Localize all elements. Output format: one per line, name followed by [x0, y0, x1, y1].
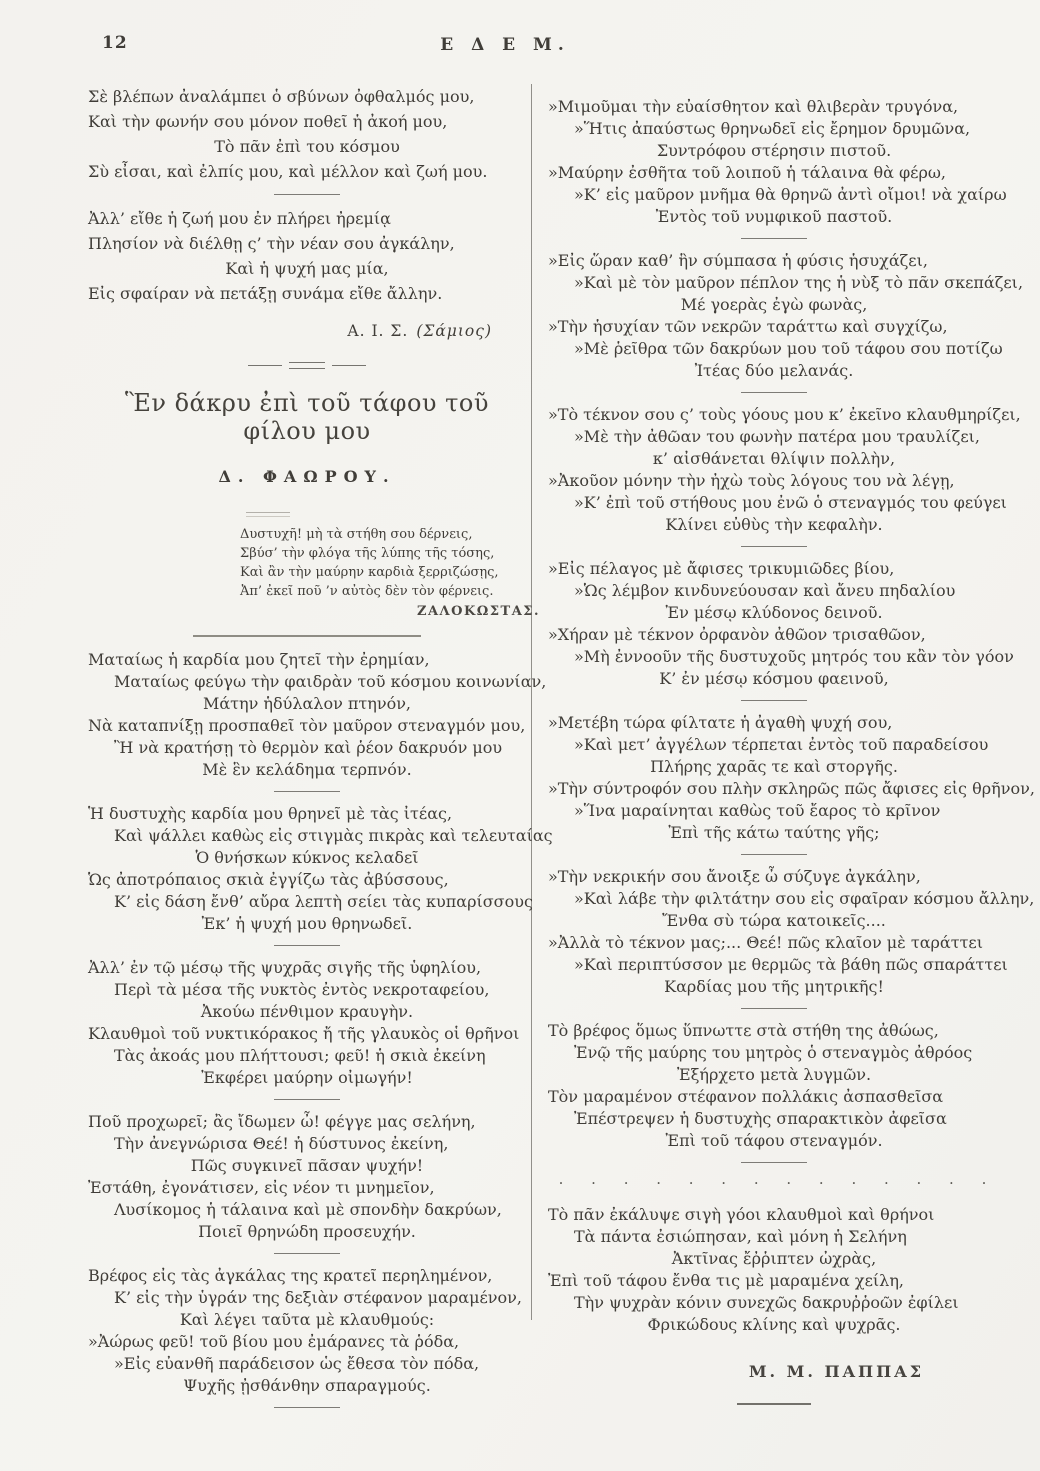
stanza: Τὸ πᾶν ἐκάλυψε σιγὴ γόοι κλαυθμοὶ καὶ θρ…	[548, 1204, 1000, 1336]
epigraph-bottom-rule	[193, 635, 421, 637]
poem-line: Ἐπὶ τοῦ τάφου ἔνθα τις μὲ μαραμένα χείλη…	[548, 1270, 1000, 1292]
poem-line: Σὲ βλέπων ἀναλάμπει ὁ σβύνων ὀφθαλμός μο…	[88, 84, 526, 109]
epigraph-signature: ΖΑΛΟΚΩΣΤΑΣ.	[240, 604, 540, 619]
poem-line: »Μὴ ἐννοοῦν τῆς δυστυχοῦς μητρός του κἂν…	[574, 646, 1000, 668]
poem-line: Ματαίως φεύγω τὴν φαιδρὰν τοῦ κόσμου κοι…	[114, 671, 526, 693]
poem-line: Καὶ ἂν τὴν μαύρην καρδιὰ ξερριζώσῃς,	[240, 563, 540, 582]
stanza-divider	[274, 1099, 340, 1100]
dotted-separator: · · · · · · · · · · · · · ·	[548, 1174, 1000, 1192]
stanza: »Τὸ τέκνον σου ς’ τοὺς γόους μου κ’ ἐκεῖ…	[548, 404, 1000, 536]
poem-line: »Μὲ ῥεῖθρα τῶν δακρύων μου τοῦ τάφου σου…	[574, 338, 1000, 360]
stanza-divider	[274, 1253, 340, 1254]
poem-line: Λυσίκομος ἡ τάλαινα καὶ μὲ σπονδὴν δακρύ…	[114, 1199, 526, 1221]
poem-body-right: »Μιμοῦμαι τὴν εὐαίσθητον καὶ θλιβερὰν τρ…	[548, 96, 1000, 1163]
poem-line: Ἐντὸς τοῦ νυμφικοῦ παστοῦ.	[548, 206, 1000, 228]
poem-line: »Τὴν σύντροφόν σου πλὴν σκληρῶς πῶς ἄφισ…	[548, 778, 1000, 800]
poem-line: κ’ αἰσθάνεται θλίψιν πολλὴν,	[548, 448, 1000, 470]
poem-line: Κλαυθμοὶ τοῦ νυκτικόρακος ἤ τῆς γλαυκὸς …	[88, 1023, 526, 1045]
poem-line: Καὶ ψάλλει καθὼς εἰς στιγμὰς πικρὰς καὶ …	[114, 825, 526, 847]
poem-line: Ἐπέστρεψεν ἡ δυστυχὴς σπαρακτικὸν ἀφεῖσα	[574, 1108, 1000, 1130]
epigraph: Δυστυχῆ! μὴ τὰ στήθη σου δέρνεις,Σβύσ’ τ…	[240, 525, 540, 619]
ornament-dash-left	[248, 365, 282, 366]
poem-line: Κλίνει εὐθὺς τὴν κεφαλὴν.	[548, 514, 1000, 536]
poem-line: Τὰ πάντα ἐσιώπησαν, καὶ μόνη ἡ Σελήνη	[574, 1226, 1000, 1248]
stanza-divider	[274, 945, 340, 946]
poem-line: Ὁ θνήσκων κύκνος κελαδεῖ	[88, 847, 526, 869]
poem-line: »Ἀώρως φεῦ! τοῦ βίου μου ἐμάρανες τὰ ῥόδ…	[88, 1331, 526, 1353]
poem-line: Τὸ πᾶν ἐκάλυψε σιγὴ γόοι κλαυθμοὶ καὶ θρ…	[548, 1204, 1000, 1226]
poem-line: Ἐπὶ τοῦ τάφου στεναγμόν.	[548, 1130, 1000, 1152]
poem-line: Κ’ εἰς δάση ἔνθ’ αὔρα λεπτὴ σείει τὰς κυ…	[114, 891, 526, 913]
stanza: Ἡ δυστυχὴς καρδία μου θρηνεῖ μὲ τὰς ἰτέα…	[88, 803, 526, 935]
stanza: Ματαίως ἡ καρδία μου ζητεῖ τὴν ἐρημίαν,Μ…	[88, 649, 526, 781]
poem-line: Καὶ τὴν φωνήν σου μόνον ποθεῖ ἡ ἀκοή μου…	[88, 109, 526, 134]
poem-line: Μάτην ἡδύλαλον πτηνόν,	[88, 693, 526, 715]
opening-poem: Σὲ βλέπων ἀναλάμπει ὁ σβύνων ὀφθαλμός μο…	[88, 84, 526, 306]
poem-author-signature: Μ. Μ. ΠΑΠΠΑΣ	[548, 1362, 924, 1381]
poem-line: Βρέφος εἰς τὰς ἀγκάλας της κρατεῖ περηλη…	[88, 1265, 526, 1287]
poem-dedication: Δ. ΦΑΩΡΟΥ.	[88, 467, 526, 486]
poem-line: Ἐνῷ τῆς μαύρης του μητρὸς ὁ στεναγμὸς ἀθ…	[574, 1042, 1000, 1064]
stanza-divider	[274, 791, 340, 792]
opening-poem-signature: Α. Ι. Σ.(Σάμιος)	[88, 322, 492, 340]
stanza-divider	[274, 194, 340, 195]
poem-line: Τὴν ψυχρὰν κόνιν συνεχῶς δακρυῤῥοῶν ἐφίλ…	[574, 1292, 1000, 1314]
poem-line: »Χήραν μὲ τέκνον ὀρφανὸν ἀθῶον τρισαθῶον…	[548, 624, 1000, 646]
poem-line: »Τὸ τέκνον σου ς’ τοὺς γόους μου κ’ ἐκεῖ…	[548, 404, 1000, 426]
poem-line: Πλήρης χαρᾶς τε καὶ στοργῆς.	[548, 756, 1000, 778]
poem-line: Τὰς ἀκοάς μου πλήττουσι; φεῦ! ἡ σκιὰ ἐκε…	[114, 1045, 526, 1067]
poem-line: Καρδίας μου τῆς μητρικῆς!	[548, 976, 1000, 998]
stanza: Ἀλλ’ εἴθε ἡ ζωή μου ἐν πλήρει ἠρεμίᾳΠλησ…	[88, 206, 526, 306]
poem-line: Τὸ βρέφος ὅμως ὕπνωττε στὰ στήθη της ἀθώ…	[548, 1020, 1000, 1042]
ornament-dash-right	[332, 365, 366, 366]
stanza-divider	[741, 238, 807, 239]
poem-line: Ἐκφέρει μαύρην οἰμωγήν!	[88, 1067, 526, 1089]
poem-line: »Ἀκοῦον μόνην τὴν ἠχὼ τοὺς λόγους του νὰ…	[548, 470, 1000, 492]
poem-line: Ἔνθα σὺ τώρα κατοικεῖς....	[548, 910, 1000, 932]
poem-line: Ἡ δυστυχὴς καρδία μου θρηνεῖ μὲ τὰς ἰτέα…	[88, 803, 526, 825]
stanza: »Τὴν νεκρικήν σου ἄνοιξε ὦ σύζυγε ἀγκάλη…	[548, 866, 1000, 998]
poem-line: Κ’ ἐν μέσῳ κόσμου φαεινοῦ,	[548, 668, 1000, 690]
epigraph-lines: Δυστυχῆ! μὴ τὰ στήθη σου δέρνεις,Σβύσ’ τ…	[240, 525, 540, 601]
poem-line: »Καὶ περιπτύσσον με θερμῶς τὰ βάθη πῶς σ…	[574, 954, 1000, 976]
poem-line: Ματαίως ἡ καρδία μου ζητεῖ τὴν ἐρημίαν,	[88, 649, 526, 671]
poem-line: »Ἀλλὰ τὸ τέκνον μας;... Θεέ! πῶς κλαῖον …	[548, 932, 1000, 954]
poem-line: Ποιεῖ θρηνώδη προσευχήν.	[88, 1221, 526, 1243]
poem-line: Εἰς σφαίραν νὰ πετάξῃ συνάμα εἴθε ἄλλην.	[88, 281, 526, 306]
left-column: Σὲ βλέπων ἀναλάμπει ὁ σβύνων ὀφθαλμός μο…	[88, 84, 526, 1419]
poem-line: Ἐπὶ τῆς κάτω ταύτης γῆς;	[548, 822, 1000, 844]
poem-line: »Τὴν ἡσυχίαν τῶν νεκρῶν ταράττω καὶ συγχ…	[548, 316, 1000, 338]
poem-line: »Εἰς ὥραν καθ’ ἣν σύμπασα ἡ φύσις ἡσυχάζ…	[548, 250, 1000, 272]
poem-line: Ἀκούω πένθιμον κραυγὴν.	[88, 1001, 526, 1023]
scanned-journal-page: 12 Ε Δ Ε Μ. Σὲ βλέπων ἀναλάμπει ὁ σβύνων…	[0, 0, 1040, 1471]
stanza: »Εἰς πέλαγος μὲ ἄφισες τρικυμιῶδες βίου,…	[548, 558, 1000, 690]
poem-line: Ἢ νὰ κρατήσῃ τὸ θερμὸν καὶ ῥέον δακρυόν …	[114, 737, 526, 759]
poem-line: »Μὲ τὴν ἀθῶαν του φωνὴν πατέρα μου τραυλ…	[574, 426, 1000, 448]
stanza: Τὸ βρέφος ὅμως ὕπνωττε στὰ στήθη της ἀθώ…	[548, 1020, 1000, 1152]
poem-line: Ὡς ἀποτρόπαιος σκιὰ ἐγγίζω τὰς ἀβύσσους,	[88, 869, 526, 891]
poem-line: »Εἰς πέλαγος μὲ ἄφισες τρικυμιῶδες βίου,	[548, 558, 1000, 580]
stanza: Βρέφος εἰς τὰς ἀγκάλας της κρατεῖ περηλη…	[88, 1265, 526, 1397]
poem-line: »Ἵνα μαραίνηται καθὼς τοῦ ἔαρος τὸ κρῖνο…	[574, 800, 1000, 822]
stanza-divider	[741, 1008, 807, 1009]
poem-line: Κ’ εἰς τὴν ὑγράν της δεξιὰν στέφανον μαρ…	[114, 1287, 526, 1309]
poem-line: »Κ’ εἰς μαῦρον μνῆμα θὰ θρηνῶ ἀντὶ οἴμοι…	[574, 184, 1000, 206]
poem-title: Ἓν δάκρυ ἐπὶ τοῦ τάφου τοῦ φίλου μου	[88, 389, 526, 445]
poem-line: Καὶ λέγει ταῦτα μὲ κλαυθμούς:	[88, 1309, 526, 1331]
stanza: Δυστυχῆ! μὴ τὰ στήθη σου δέρνεις,Σβύσ’ τ…	[240, 525, 540, 601]
poem-line: Νὰ καταπνίξῃ προσπαθεῖ τὸν μαῦρον στεναγ…	[88, 715, 526, 737]
poem-line: Τὸν μαραμένον στέφανον πολλάκις ἀσπασθεῖ…	[548, 1086, 1000, 1108]
poem-line: Πῶς συγκινεῖ πᾶσαν ψυχήν!	[88, 1155, 526, 1177]
poem-line: Φρικώδους κλίνης καὶ ψυχρᾶς.	[548, 1314, 1000, 1336]
stanza: Ποῦ προχωρεῖ; ἂς ἴδωμεν ὦ! φέγγε μας σελ…	[88, 1111, 526, 1243]
poem-line: Ἰτέας δύο μελανάς.	[548, 360, 1000, 382]
poem-line: Συντρόφου στέρησιν πιστοῦ.	[548, 140, 1000, 162]
poem-line: »Ὡς λέμβον κινδυνεύουσαν καὶ ἄνευ πηδαλί…	[574, 580, 1000, 602]
poem-line: »Μετέβη τώρα φίλτατε ἡ ἀγαθὴ ψυχή σου,	[548, 712, 1000, 734]
poem-line: »Τὴν νεκρικήν σου ἄνοιξε ὦ σύζυγε ἀγκάλη…	[548, 866, 1000, 888]
poem-line: »Μιμοῦμαι τὴν εὐαίσθητον καὶ θλιβερὰν τρ…	[548, 96, 1000, 118]
poem-final-stanza: Τὸ πᾶν ἐκάλυψε σιγὴ γόοι κλαυθμοὶ καὶ θρ…	[548, 1204, 1000, 1336]
poem-line: Τὸ πᾶν ἐπὶ του κόσμου	[88, 134, 526, 159]
ornament-double-bar	[289, 362, 325, 369]
poem-line: »Μαύρην ἐσθῆτα τοῦ λοιποῦ ἡ τάλαινα θὰ φ…	[548, 162, 1000, 184]
poem-line: Καὶ ἡ ψυχή μας μία,	[88, 256, 526, 281]
stanza-divider	[741, 392, 807, 393]
poem-line: »Εἰς εὐανθῆ παράδεισον ὡς ἔθεσα τὸν πόδα…	[114, 1353, 526, 1375]
poem-line: Μέ γοερὰς ἐγὼ φωνὰς,	[548, 294, 1000, 316]
journal-masthead: Ε Δ Ε Μ.	[0, 35, 1010, 55]
poem-line: Ἐν μέσῳ κλύδονος δεινοῦ.	[548, 602, 1000, 624]
right-column: »Μιμοῦμαι τὴν εὐαίσθητον καὶ θλιβερὰν τρ…	[548, 84, 1000, 1405]
poem-line: Ποῦ προχωρεῖ; ἂς ἴδωμεν ὦ! φέγγε μας σελ…	[88, 1111, 526, 1133]
poem-line: Ἀπ’ ἐκεῖ ποῦ ’ν αὐτὸς δὲν τὸν φέρνεις.	[240, 582, 540, 601]
signature-origin: (Σάμιος)	[416, 322, 492, 340]
stanza-divider	[741, 700, 807, 701]
poem-line: Ἐστάθη, ἐγονάτισεν, εἰς νέον τι μνημεῖον…	[88, 1177, 526, 1199]
section-divider-ornament	[88, 362, 526, 369]
signature-initials: Α. Ι. Σ.	[347, 322, 408, 340]
column-divider-rule	[531, 84, 532, 1320]
poem-line: Ἀκτῖνας ἔῤῥιπτεν ὠχρὰς,	[548, 1248, 1000, 1270]
poem-line: »Καὶ λάβε τὴν φιλτάτην σου εἰς σφαῖραν κ…	[574, 888, 1000, 910]
poem-line: »Καὶ μετ’ ἀγγέλων τέρπεται ἐντὸς τοῦ παρ…	[574, 734, 1000, 756]
stanza-divider	[741, 854, 807, 855]
poem-body-left: Ματαίως ἡ καρδία μου ζητεῖ τὴν ἐρημίαν,Μ…	[88, 649, 526, 1408]
poem-line: Ψυχῆς ᾐσθάνθην σπαραγμούς.	[88, 1375, 526, 1397]
stanza: »Εἰς ὥραν καθ’ ἣν σύμπασα ἡ φύσις ἡσυχάζ…	[548, 250, 1000, 382]
poem-line: Ἀλλ’ ἐν τῷ μέσῳ τῆς ψυχρᾶς σιγῆς τῆς ὑφη…	[88, 957, 526, 979]
poem-line: »Ἥτις ἀπαύστως θρηνωδεῖ εἰς ἔρημον δρυμῶ…	[574, 118, 1000, 140]
poem-line: Ἐκ’ ἡ ψυχή μου θρηνωδεῖ.	[88, 913, 526, 935]
stanza: »Μετέβη τώρα φίλτατε ἡ ἀγαθὴ ψυχή σου,»Κ…	[548, 712, 1000, 844]
stanza: Ἀλλ’ ἐν τῷ μέσῳ τῆς ψυχρᾶς σιγῆς τῆς ὑφη…	[88, 957, 526, 1089]
poem-line: Σὺ εἶσαι, καὶ ἐλπίς μου, καὶ μέλλον καὶ …	[88, 159, 526, 184]
poem-line: Ἀλλ’ εἴθε ἡ ζωή μου ἐν πλήρει ἠρεμίᾳ	[88, 206, 526, 231]
stanza: Σὲ βλέπων ἀναλάμπει ὁ σβύνων ὀφθαλμός μο…	[88, 84, 526, 184]
poem-line: Δυστυχῆ! μὴ τὰ στήθη σου δέρνεις,	[240, 525, 540, 544]
poem-line: »Κ’ ἐπὶ τοῦ στήθους μου ἐνῶ ὁ στεναγμός …	[574, 492, 1000, 514]
poem-line: »Καὶ μὲ τὸν μαῦρον πέπλον της ἡ νὺξ τὸ π…	[574, 272, 1000, 294]
stanza: »Μιμοῦμαι τὴν εὐαίσθητον καὶ θλιβερὰν τρ…	[548, 96, 1000, 228]
epigraph-ornament	[246, 512, 290, 517]
poem-line: Περὶ τὰ μέσα τῆς νυκτὸς ἐντὸς νεκροταφεί…	[114, 979, 526, 1001]
stanza-divider	[741, 1162, 807, 1163]
poem-line: Τὴν ἀνεγνώρισα Θεέ! ἡ δύστυνος ἐκείνη,	[114, 1133, 526, 1155]
poem-line: Σβύσ’ τὴν φλόγα τῆς λύπης τῆς τόσης,	[240, 544, 540, 563]
stanza-divider	[741, 546, 807, 547]
poem-line: Πλησίον νὰ διέλθῃ ς’ τὴν νέαν σου ἀγκάλη…	[88, 231, 526, 256]
poem-line: Ἐξήρχετο μετὰ λυγμῶν.	[548, 1064, 1000, 1086]
stanza-divider	[274, 1407, 340, 1408]
end-rule	[737, 1403, 811, 1405]
poem-line: Μὲ ἓν κελάδημα τερπνόν.	[88, 759, 526, 781]
